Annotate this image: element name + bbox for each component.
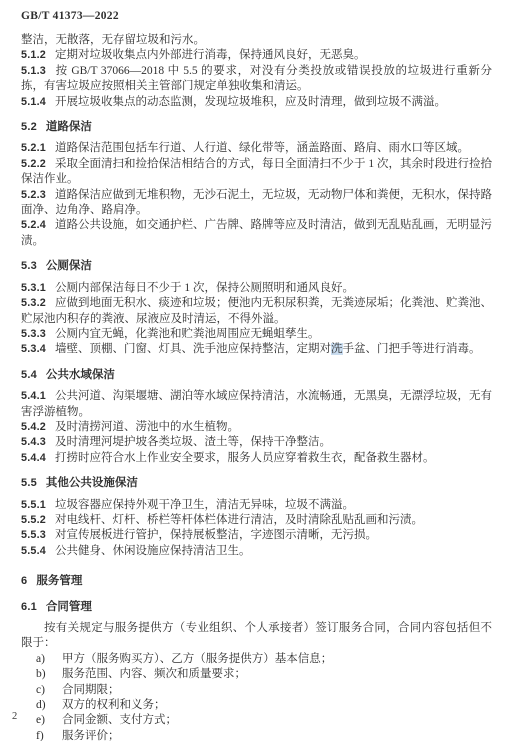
clause-text: 开展垃圾收集点的动态监测，发现垃圾堆积，应及时清理，做到垃圾不满溢。 — [55, 96, 446, 108]
clause-text: 公厕内部保洁每日不少于 1 次，保持公厕照明和通风良好。 — [55, 282, 354, 294]
clause-5-3-2: 5.3.2应做到地面无积水、痰迹和垃圾；便池内无积尿积粪，无粪迹尿垢；化粪池、贮… — [21, 296, 492, 327]
clause-number: 5.3.1 — [21, 282, 46, 294]
list-item-f: f)服务评价； — [21, 729, 492, 741]
heading-number: 5.3 — [21, 260, 37, 272]
clause-5-1-2: 5.1.2定期对垃圾收集点内外部进行消毒，保持通风良好，无恶臭。 — [21, 48, 492, 63]
heading-5-5: 5.5其他公共设施保洁 — [21, 476, 492, 491]
heading-5-2: 5.2道路保洁 — [21, 120, 492, 135]
heading-number: 5.2 — [21, 121, 37, 133]
paragraph-continuation: 整洁，无散落，无存留垃圾和污水。 — [21, 33, 492, 48]
clause-text: 对电线杆、灯杆、桥栏等杆体栏体进行清洁，及时清除乱贴乱画和污渍。 — [55, 514, 423, 526]
list-label: d) — [36, 698, 62, 713]
clause-text: 及时清理河堤护坡各类垃圾、渣土等，保持干净整洁。 — [55, 436, 331, 448]
clause-number: 5.2.4 — [21, 219, 46, 231]
clause-number: 5.5.1 — [21, 499, 46, 511]
clause-5-1-3: 5.1.3按 GB/T 37066—2018 中 5.5 的要求，对没有分类投放… — [21, 64, 492, 95]
clause-text: 墙壁、顶棚、门窗、灯具、洗手池应保持整洁，定期对 — [55, 343, 331, 355]
list-text: 合同期限； — [62, 684, 120, 696]
clause-text: 打捞时应符合水上作业安全要求，服务人员应穿着救生衣，配备救生器材。 — [55, 452, 435, 464]
clause-5-5-4: 5.5.4公共健身、休闲设施应保持清洁卫生。 — [21, 544, 492, 559]
document-page: GB/T 41373—2022 整洁，无散落，无存留垃圾和污水。 5.1.2定期… — [0, 0, 513, 741]
clause-text: 公共健身、休闲设施应保持清洁卫生。 — [55, 545, 251, 557]
list-item-b: b)服务范围、内容、频次和质量要求； — [21, 667, 492, 682]
clause-5-4-2: 5.4.2及时清捞河道、涝池中的水生植物。 — [21, 420, 492, 435]
clause-text: 按 GB/T 37066—2018 中 5.5 的要求，对没有分类投放或错误投放… — [21, 65, 492, 92]
list-label: c) — [36, 683, 62, 698]
clause-number: 5.4.2 — [21, 421, 46, 433]
clause-5-3-4: 5.3.4墙壁、顶棚、门窗、灯具、洗手池应保持整洁，定期对洗手盆、门把手等进行消… — [21, 342, 492, 357]
search-highlight: 洗 — [331, 343, 343, 355]
heading-text: 公共水域保洁 — [46, 369, 115, 381]
heading-text: 合同管理 — [46, 601, 92, 613]
clause-text: 道路保洁应做到无堆积物，无沙石泥土，无垃圾，无动物尸体和粪便，无积水，保持路面净… — [21, 189, 492, 216]
clause-number: 5.2.3 — [21, 189, 46, 201]
clause-text: 整洁，无散落，无存留垃圾和污水。 — [21, 34, 205, 46]
clause-text: 垃圾容器应保持外观干净卫生，清洁无异味，垃圾不满溢。 — [55, 499, 354, 511]
heading-number: 5.4 — [21, 369, 37, 381]
clause-text: 道路公共设施，如交通护栏、广告牌、路牌等应及时清洁，做到无乱贴乱画，无明显污渍。 — [21, 219, 492, 246]
paragraph-text: 按有关规定与服务提供方（专业组织、个人承接者）签订服务合同，合同内容包括但不限于… — [21, 622, 492, 649]
clause-number: 5.3.2 — [21, 297, 46, 309]
clause-text: 公厕内宜无蝇，化粪池和贮粪池周围应无蝇蛆孳生。 — [55, 328, 320, 340]
clause-text: 对宣传展板进行管护，保持展板整洁，字迹图示清晰，无污损。 — [55, 529, 377, 541]
clause-number: 5.1.2 — [21, 49, 46, 61]
list-item-d: d)双方的权利和义务； — [21, 698, 492, 713]
list-label: f) — [36, 729, 62, 741]
heading-6-1: 6.1合同管理 — [21, 600, 492, 615]
clause-text: 采取全面清扫和捡拾保洁相结合的方式，每日全面清扫不少于 1 次，其余时段进行捡拾… — [21, 158, 492, 185]
clause-5-4-4: 5.4.4打捞时应符合水上作业安全要求，服务人员应穿着救生衣，配备救生器材。 — [21, 451, 492, 466]
heading-text: 服务管理 — [36, 575, 82, 587]
heading-number: 5.5 — [21, 477, 37, 489]
page-number: 2 — [12, 711, 17, 722]
list-item-c: c)合同期限； — [21, 683, 492, 698]
clause-number: 5.2.2 — [21, 158, 46, 170]
list-text: 合同金额、支付方式； — [62, 714, 177, 726]
clause-text: 手盆、门把手等进行消毒。 — [343, 343, 481, 355]
clause-5-4-1: 5.4.1公共河道、沟渠堰塘、湖泊等水域应保持清洁，水流畅通，无黑臭，无漂浮垃圾… — [21, 389, 492, 420]
clause-5-3-1: 5.3.1公厕内部保洁每日不少于 1 次，保持公厕照明和通风良好。 — [21, 281, 492, 296]
document-body: 整洁，无散落，无存留垃圾和污水。 5.1.2定期对垃圾收集点内外部进行消毒，保持… — [21, 33, 492, 741]
heading-chapter-6: 6服务管理 — [21, 574, 492, 589]
clause-text: 定期对垃圾收集点内外部进行消毒，保持通风良好，无恶臭。 — [55, 49, 366, 61]
clause-number: 5.5.4 — [21, 545, 46, 557]
heading-5-3: 5.3公厕保洁 — [21, 259, 492, 274]
heading-5-4: 5.4公共水域保洁 — [21, 368, 492, 383]
list-text: 服务评价； — [62, 730, 120, 741]
heading-number: 6 — [21, 575, 27, 587]
list-text: 服务范围、内容、频次和质量要求； — [62, 668, 246, 680]
clause-5-3-3: 5.3.3公厕内宜无蝇，化粪池和贮粪池周围应无蝇蛆孳生。 — [21, 327, 492, 342]
list-text: 甲方（服务购买方）、乙方（服务提供方）基本信息； — [62, 653, 332, 665]
list-item-a: a)甲方（服务购买方）、乙方（服务提供方）基本信息； — [21, 652, 492, 667]
clause-number: 5.1.3 — [21, 65, 46, 77]
standard-number-header: GB/T 41373—2022 — [21, 10, 119, 22]
list-label: a) — [36, 652, 62, 667]
clause-5-2-2: 5.2.2采取全面清扫和捡拾保洁相结合的方式，每日全面清扫不少于 1 次，其余时… — [21, 157, 492, 188]
clause-5-5-3: 5.5.3对宣传展板进行管护，保持展板整洁，字迹图示清晰，无污损。 — [21, 528, 492, 543]
clause-number: 5.5.2 — [21, 514, 46, 526]
clause-5-2-1: 5.2.1道路保洁范围包括车行道、人行道、绿化带等，涵盖路面、路肩、雨水口等区域… — [21, 141, 492, 156]
clause-5-5-1: 5.5.1垃圾容器应保持外观干净卫生，清洁无异味，垃圾不满溢。 — [21, 498, 492, 513]
heading-text: 其他公共设施保洁 — [46, 477, 138, 489]
clause-text: 公共河道、沟渠堰塘、湖泊等水域应保持清洁，水流畅通，无黑臭，无漂浮垃圾，无有害浮… — [21, 390, 492, 417]
clause-number: 5.1.4 — [21, 96, 46, 108]
clause-5-4-3: 5.4.3及时清理河堤护坡各类垃圾、渣土等，保持干净整洁。 — [21, 435, 492, 450]
clause-5-1-4: 5.1.4开展垃圾收集点的动态监测，发现垃圾堆积，应及时清理，做到垃圾不满溢。 — [21, 95, 492, 110]
clause-number: 5.4.1 — [21, 390, 46, 402]
list-text: 双方的权利和义务； — [62, 699, 166, 711]
heading-text: 道路保洁 — [46, 121, 92, 133]
heading-text: 公厕保洁 — [46, 260, 92, 272]
clause-5-2-3: 5.2.3道路保洁应做到无堆积物，无沙石泥土，无垃圾，无动物尸体和粪便，无积水，… — [21, 188, 492, 219]
clause-number: 5.4.4 — [21, 452, 46, 464]
clause-number: 5.3.4 — [21, 343, 46, 355]
heading-number: 6.1 — [21, 601, 37, 613]
clause-number: 5.4.3 — [21, 436, 46, 448]
list-item-e: e)合同金额、支付方式； — [21, 713, 492, 728]
clause-number: 5.3.3 — [21, 328, 46, 340]
clause-text: 及时清捞河道、涝池中的水生植物。 — [55, 421, 239, 433]
clause-number: 5.2.1 — [21, 142, 46, 154]
list-label: e) — [36, 713, 62, 728]
clause-text: 应做到地面无积水、痰迹和垃圾；便池内无积尿积粪，无粪迹尿垢；化粪池、贮粪池、贮尿… — [21, 297, 492, 324]
clause-number: 5.5.3 — [21, 529, 46, 541]
clause-5-2-4: 5.2.4道路公共设施，如交通护栏、广告牌、路牌等应及时清洁，做到无乱贴乱画，无… — [21, 218, 492, 249]
list-label: b) — [36, 667, 62, 682]
paragraph-contract-intro: 按有关规定与服务提供方（专业组织、个人承接者）签订服务合同，合同内容包括但不限于… — [21, 621, 492, 652]
clause-5-5-2: 5.5.2对电线杆、灯杆、桥栏等杆体栏体进行清洁，及时清除乱贴乱画和污渍。 — [21, 513, 492, 528]
clause-text: 道路保洁范围包括车行道、人行道、绿化带等，涵盖路面、路肩、雨水口等区域。 — [55, 142, 469, 154]
